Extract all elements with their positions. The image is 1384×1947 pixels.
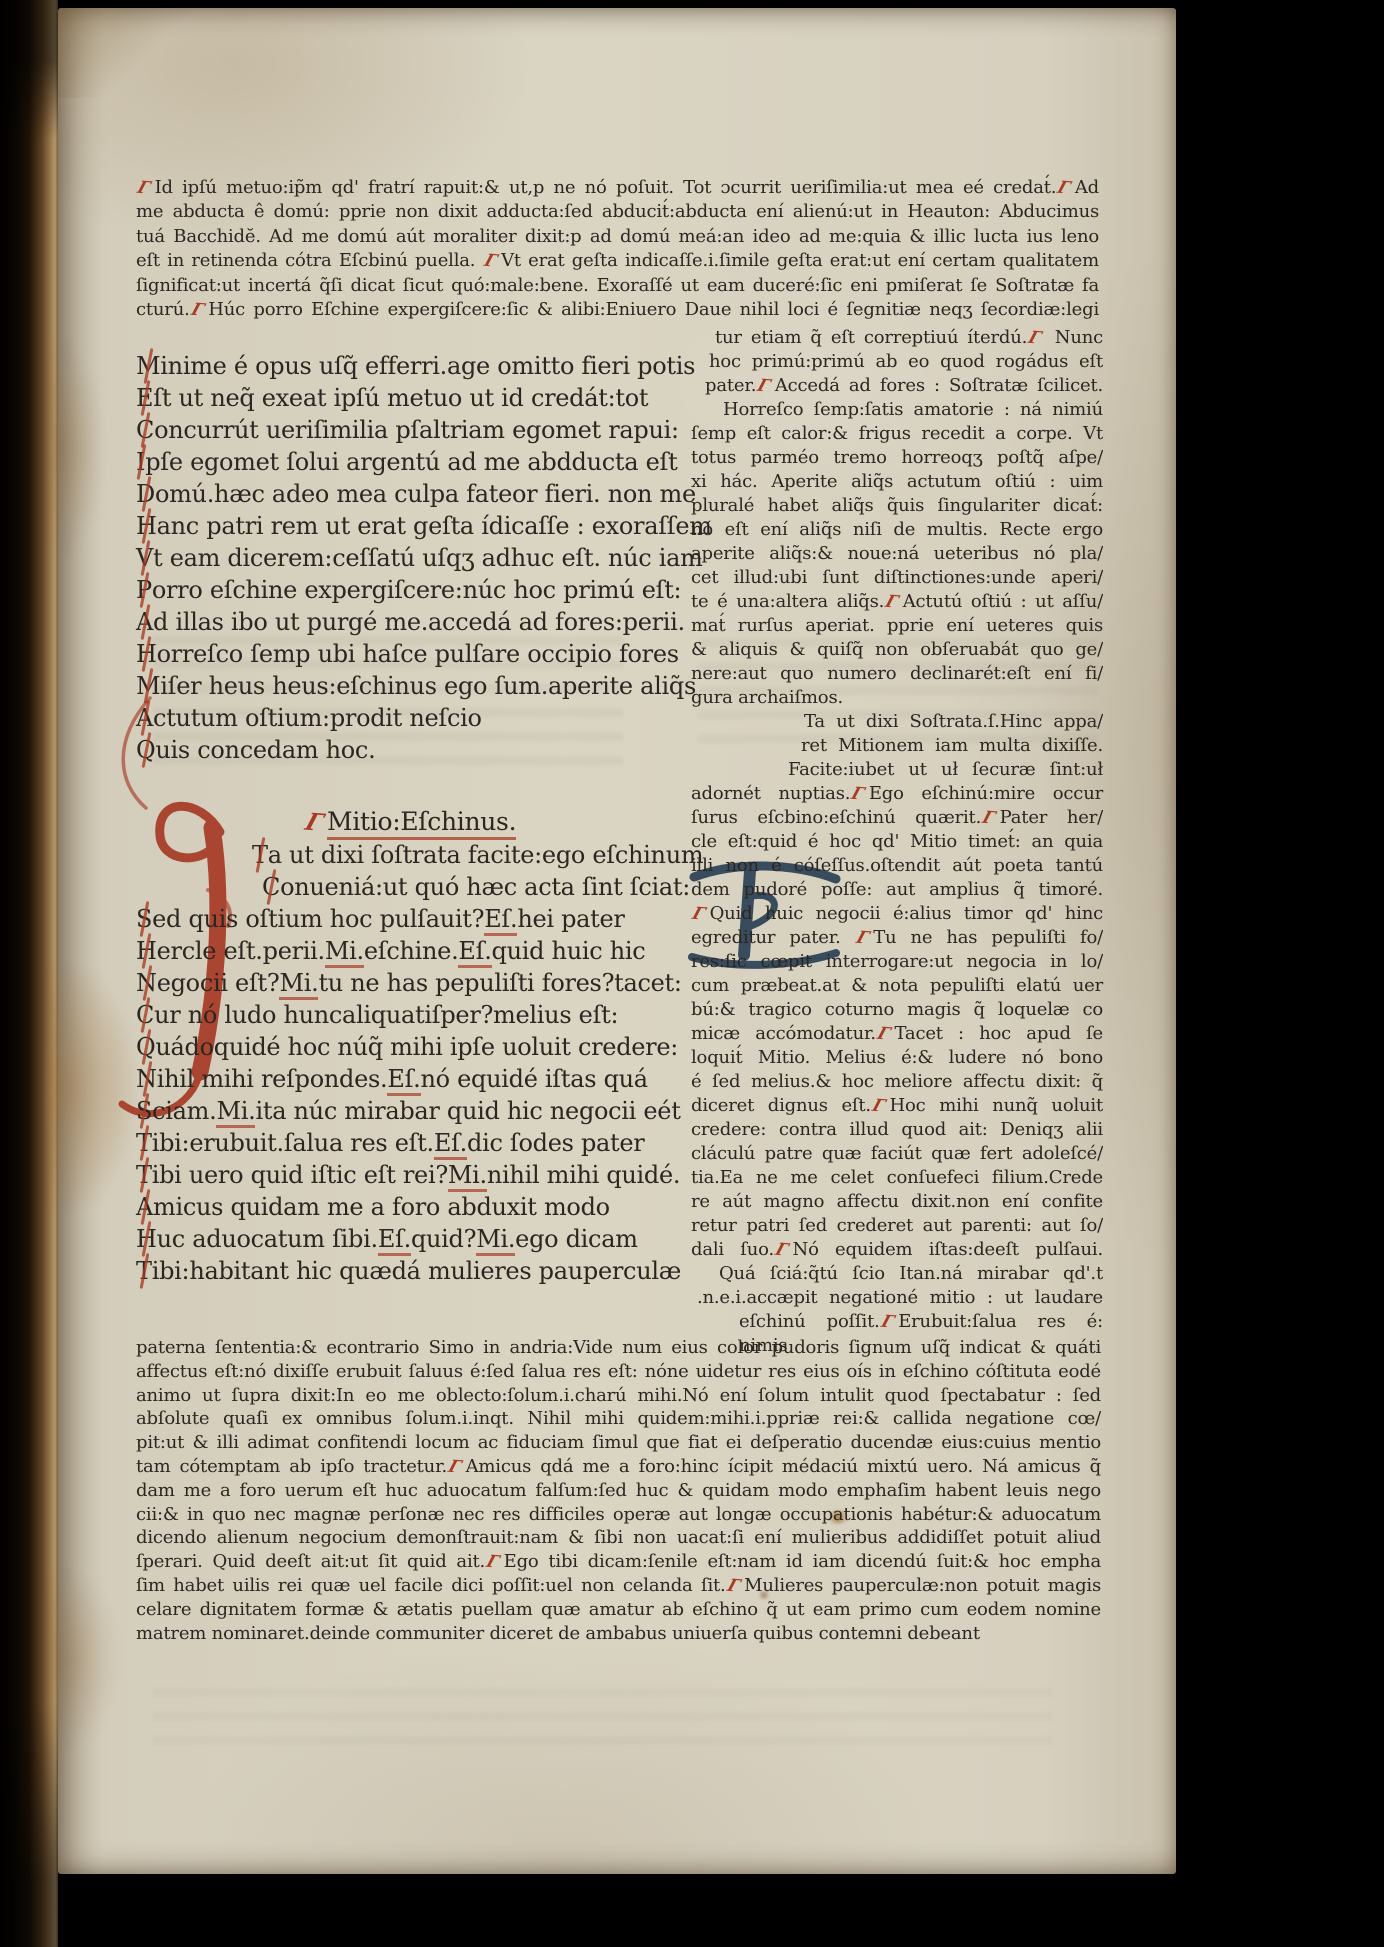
paraph-mark: Γ: [853, 929, 873, 946]
text-line: ſemp eſt calor:& frigus recedit a corpe.…: [691, 422, 1103, 446]
rubricated-initial: Q: [136, 1031, 155, 1063]
text-line: cláculú patre quæ faciút quæ fert adoleſ…: [691, 1142, 1103, 1166]
paraph-mark: Γ: [724, 1577, 744, 1594]
paraph-mark: Γ: [445, 1458, 465, 1475]
text-line: Cur nó ludo huncaliquatiſper?melius eſt:: [136, 999, 696, 1031]
text-line: cle eſt:quid é hoc qd' Mitio timet́: an …: [691, 830, 1103, 854]
rubricated-initial: T: [252, 839, 268, 871]
text-line: ſurus eſcbino:eſchinú quærit.ΓPater her/: [691, 806, 1103, 830]
speaker-abbrev: Eſ.: [434, 1129, 467, 1160]
text-line: bú:& tragico coturno magis q̃ loquelæ co: [691, 998, 1103, 1022]
text-line: Amicus quidam me a foro abduxit modo: [136, 1191, 696, 1223]
rubricated-initial: A: [136, 702, 153, 734]
text-line: & aliquis & quiſq̃ non obſeruabát quo ge…: [691, 638, 1103, 662]
text-line: abſolute quaſi ex omnibus ſolum.i.inqt. …: [136, 1407, 1101, 1431]
text-line: Ad illas ibo ut purgé me.accedá ad fores…: [136, 606, 696, 638]
margin-stain: [52, 338, 106, 558]
paraph-mark: Γ: [754, 377, 774, 394]
text-line: Tibi:habitant hic quædá mulieres pauperc…: [136, 1255, 696, 1287]
rubricated-initial: E: [136, 382, 153, 414]
text-line: gura archaiſmos.: [691, 686, 1103, 710]
text-line: te é una:altera aliq̃s.ΓActutú oſtiú : u…: [691, 590, 1103, 614]
speaker-abbrev: Mi.: [279, 969, 318, 1000]
text-line: retur patri ſed crederet aut parenti: au…: [691, 1214, 1103, 1238]
rubricated-initial: H: [136, 935, 157, 967]
text-line: Domú.hæc adeo mea culpa fateor fieri. no…: [136, 478, 696, 510]
text-line: Porro eſchine expergiſcere:núc hoc primú…: [136, 574, 696, 606]
paraph-mark: Γ: [869, 1097, 889, 1114]
text-line: credere: contra illud quod ait: Deniqʒ a…: [691, 1118, 1103, 1142]
text-line: diceret dignus eſt.ΓHoc mihi nunq̃ uolui…: [691, 1094, 1103, 1118]
text-line: é ſed melius.& hoc meliore affectu dixit…: [691, 1070, 1103, 1094]
text-line: Actutum oſtium:prodit neſcio: [136, 702, 696, 734]
paraph-mark: Γ: [480, 252, 500, 269]
text-line: Ta ut dixi Soſtrata.ſ.Hinc appa/: [691, 710, 1103, 734]
text-line: Nihil mihi reſpondes.Eſ.nó equidé iſtas …: [136, 1063, 696, 1095]
text-line: dali ſuo.ΓNó equidem iſtas:deeſt pulſaui…: [691, 1238, 1103, 1262]
rubricated-initial: P: [136, 574, 152, 606]
rubricated-initial: H: [136, 510, 157, 542]
text-line: ſperari. Quid deeſt ait:ut ſit quid ait.…: [136, 1550, 1101, 1574]
rubricated-initial: C: [136, 414, 154, 446]
text-line: pit:ut & illi adimat confitendi locum ac…: [136, 1431, 1101, 1455]
text-line: ΓQuid huic negocii é:alius timor qd' hin…: [691, 902, 1103, 926]
text-line: nere:aut quo numero declinarét:eſt ení f…: [691, 662, 1103, 686]
rubricated-initial: A: [136, 1191, 153, 1223]
text-line: egreditur pater. ΓTu ne has pepuliſti fo…: [691, 926, 1103, 950]
text-line: Negocii eſt?Mi.tu ne has pepuliſti fores…: [136, 967, 696, 999]
speaker-abbrev: Mi.: [476, 1225, 515, 1256]
paraph-mark: Γ: [134, 179, 154, 196]
text-line: Horreſco ſemp:ſatis amatorie : ná nimiú: [691, 398, 1103, 422]
text-line: .n.e.i.accæpit negationé mitio : ut laud…: [691, 1286, 1103, 1310]
text-line: ſim habet uilis rei quæ uel facile dici …: [136, 1574, 1101, 1598]
text-line: loquit́ Mitio. Melius é:& ludere nó bono: [691, 1046, 1103, 1070]
margin-stain: [48, 968, 134, 1208]
text-line: Quá ſciá:q̃tú ſcio Itan.ná mirabar qd'.t: [691, 1262, 1103, 1286]
text-line: mat́ rurſus aperiat. pprie ení ueteres q…: [691, 614, 1103, 638]
bottom-commentary-block: paterna ſententia:& econtrario Simo in a…: [136, 1336, 1101, 1645]
text-line: Ipſe egomet ſolui argentú ad me abdducta…: [136, 446, 696, 478]
text-line: Quis concedam hoc.: [136, 734, 696, 766]
text-line: xi hác. Aperite aliq̃s actutum oſtiú : u…: [691, 470, 1103, 494]
speaker-abbrev: Eſ.: [378, 1225, 411, 1256]
text-line: tuá Bacchidĕ. Ad me domú aút moraliter d…: [136, 225, 1099, 249]
rubricated-initial: N: [136, 967, 157, 999]
text-line: ret Mitionem iam multa dixiſſe.: [691, 734, 1103, 758]
paraph-mark: Γ: [1054, 179, 1074, 196]
text-line: tia.Ea ne me celet conſuefeci filium.Cre…: [691, 1166, 1103, 1190]
text-line: dem pudoré poſſe: aut amplius q̃ timoré.: [691, 878, 1103, 902]
text-line: Horreſco ſemp ubi haſce pulſare occipio …: [136, 638, 696, 670]
text-line: nó eſt ení aliq̃s niſi de multis. Recte …: [691, 518, 1103, 542]
text-line: re aút magno affectu dixit.non ení confi…: [691, 1190, 1103, 1214]
text-line: Vt eam dicerem:ceſſatú uſqʒ adhuc eſt. n…: [136, 542, 696, 574]
text-line: Miſer heus heus:eſchinus ego ſum.aperite…: [136, 670, 696, 702]
rubricated-initial: H: [136, 638, 157, 670]
speaker-abbrev: Mi.: [325, 937, 364, 968]
rubricated-initial: I: [136, 446, 145, 478]
text-line: matrem nominaret.deinde communiter dicer…: [136, 1622, 1101, 1646]
text-line: Quádoquidé hoc núq̃ mihi ipſe uoluit cre…: [136, 1031, 696, 1063]
text-line: Huc aduocatum ſibi.Eſ.quid?Mi.ego dicam: [136, 1223, 696, 1255]
speaker-abbrev: Eſ.: [458, 937, 491, 968]
text-line: cet illud:ubi ſunt diſtinctiones:unde ap…: [691, 566, 1103, 590]
rubricated-initial: C: [262, 871, 280, 903]
text-line: ſignificat:ut incertá q̃ſi dicat ſicut q…: [136, 274, 1099, 298]
rubricated-initial: T: [136, 1127, 152, 1159]
verse-block-1: Minime é opus uſq̃ efferri.age omitto fi…: [136, 350, 696, 766]
incunabulum-photo: { "page": { "description": "Early printe…: [0, 0, 1384, 1947]
rubricated-initial: C: [136, 999, 154, 1031]
book-spine: [0, 0, 58, 1947]
speaker-abbrev: Eſ.: [484, 905, 517, 936]
paraph-mark: Γ: [848, 785, 868, 802]
text-line: Conueniá:ut quó hæc acta ſint ſciat:: [136, 871, 696, 903]
text-line: res:ſic cœpit interrogare:ut negocia in …: [691, 950, 1103, 974]
rubricated-initial: S: [136, 1095, 152, 1127]
paraph-mark: Γ: [300, 810, 327, 834]
text-line: pluralé habet aliq̃s q̃uis ſingulariter …: [691, 494, 1103, 518]
text-line: Tibi:erubuit.ſalua res eſt.Eſ.dic ſodes …: [136, 1127, 696, 1159]
text-line: cturú.ΓHúc porro Eſchine expergiſcere:ſi…: [136, 298, 1099, 322]
paraph-mark: Γ: [882, 593, 902, 610]
paraph-mark: Γ: [689, 905, 709, 922]
text-line: affectus eſt:nó dixiſſe erubuit ſaluus é…: [136, 1360, 1101, 1384]
rubricated-initial: A: [136, 606, 153, 638]
text-line: paterna ſententia:& econtrario Simo in a…: [136, 1336, 1101, 1360]
scene-heading: ΓMitio:Eſchinus.: [136, 805, 696, 839]
text-line: pater.ΓAccedá ad fores : Soſtratæ ſcilic…: [691, 374, 1103, 398]
text-line: Facite:iubet ut uł ſecuræ ſint:uł: [691, 758, 1103, 782]
rubricated-initial: V: [136, 542, 153, 574]
speaker-abbrev: Mi.: [448, 1161, 487, 1192]
text-line: Hercle eſt.perii.Mi.eſchine.Eſ.quid huic…: [136, 935, 696, 967]
text-line: celare dignitatem formæ & ætatis puellam…: [136, 1598, 1101, 1622]
text-line: Sed quis oſtium hoc pulſauit?Eſ.hei pate…: [136, 903, 696, 935]
rubricated-initial: M: [136, 350, 160, 382]
text-line: aperite aliq̃s:& noue:ná ueteribus nó pl…: [691, 542, 1103, 566]
verse-lines: Ta ut dixi ſoſtrata facite:ego eſchinumC…: [136, 839, 696, 1287]
text-line: Concurrút ueriſimilia pſaltriam egomet r…: [136, 414, 696, 446]
text-line: Hanc patri rem ut erat geſta ídicaſſe : …: [136, 510, 696, 542]
paraph-mark: Γ: [772, 1241, 792, 1258]
rubricated-initial: H: [136, 1223, 157, 1255]
text-line: me abducta ê domú: pprie non dixit adduc…: [136, 200, 1099, 224]
rubricated-initial: T: [136, 1255, 152, 1287]
text-line: eſt in retinenda cótra Eſcbinú puella. Γ…: [136, 249, 1099, 273]
paraph-mark: Γ: [874, 1025, 894, 1042]
text-line: Sciam.Mi.ita núc mirabar quid hic negoci…: [136, 1095, 696, 1127]
paraph-mark: Γ: [1025, 329, 1045, 346]
margin-stain: [50, 1568, 120, 1748]
rubricated-initial: N: [136, 1063, 157, 1095]
rubricated-initial: M: [136, 670, 160, 702]
text-line: totus parméo tremo horreoqʒ poſtq̃ aſpe/: [691, 446, 1103, 470]
scene-heading-text: Mitio:Eſchinus.: [327, 807, 516, 840]
text-line: micæ accómodatur.ΓTacet : hoc apud ſe: [691, 1022, 1103, 1046]
text-line: dam me a foro uerum eſt huc aduocatum fa…: [136, 1479, 1101, 1503]
verse-block-2: ΓMitio:Eſchinus. Ta ut dixi ſoſtrata fac…: [136, 805, 696, 1287]
text-line: illi non é cóſeſſus.oſtendit aút poeta t…: [691, 854, 1103, 878]
paraph-mark: Γ: [878, 1313, 898, 1330]
text-line: Tibi uero quid iſtic eſt rei?Mi.nihil mi…: [136, 1159, 696, 1191]
paraph-mark: Γ: [188, 301, 208, 318]
text-line: ΓId ipſú metuo:ip̃m qd' fratrí rapuit:& …: [136, 176, 1099, 200]
text-line: cii:& in quo nec magnæ perſonæ nec res d…: [136, 1503, 1101, 1527]
text-line: tur etiam q̃ eſt correptiuú íterdú.Γ Nun…: [691, 326, 1103, 350]
show-through: [153, 1688, 1053, 1748]
speaker-abbrev: Mi.: [216, 1097, 255, 1128]
text-line: Minime é opus uſq̃ efferri.age omitto fi…: [136, 350, 696, 382]
page-corner-shading: [58, 8, 188, 98]
speaker-abbrev: Eſ.: [387, 1065, 420, 1096]
rubricated-initial: Q: [136, 734, 155, 766]
text-line: dicendo alienum negocium demonſtrauit:na…: [136, 1526, 1101, 1550]
paraph-mark: Γ: [483, 1553, 503, 1570]
rubricated-initial: S: [136, 903, 152, 935]
rubricated-initial: T: [136, 1159, 152, 1191]
text-line: Eſt ut neq̃ exeat ipſú metuo ut id credá…: [136, 382, 696, 414]
text-line: Ta ut dixi ſoſtrata facite:ego eſchinum: [136, 839, 696, 871]
rubricated-initial: D: [136, 478, 155, 510]
top-commentary-block: ΓId ipſú metuo:ip̃m qd' fratrí rapuit:& …: [136, 176, 1099, 322]
manuscript-page: ΓId ipſú metuo:ip̃m qd' fratrí rapuit:& …: [58, 8, 1176, 1874]
text-line: animo ut ſupra dixit:In eo me oblecto:ſo…: [136, 1384, 1101, 1408]
text-line: tam cótemptam ab ipſo tractetur.ΓAmicus …: [136, 1455, 1101, 1479]
right-commentary-column: tur etiam q̃ eſt correptiuú íterdú.Γ Nun…: [691, 326, 1103, 1358]
text-line: adornét nuptias.ΓEgo eſchinú:mire occur: [691, 782, 1103, 806]
text-line: cum præbeat.at & nota pepuliſti elatú ue…: [691, 974, 1103, 998]
paraph-mark: Γ: [979, 809, 999, 826]
text-line: hoc primú:primú ab eo quod rogádus eſt: [691, 350, 1103, 374]
